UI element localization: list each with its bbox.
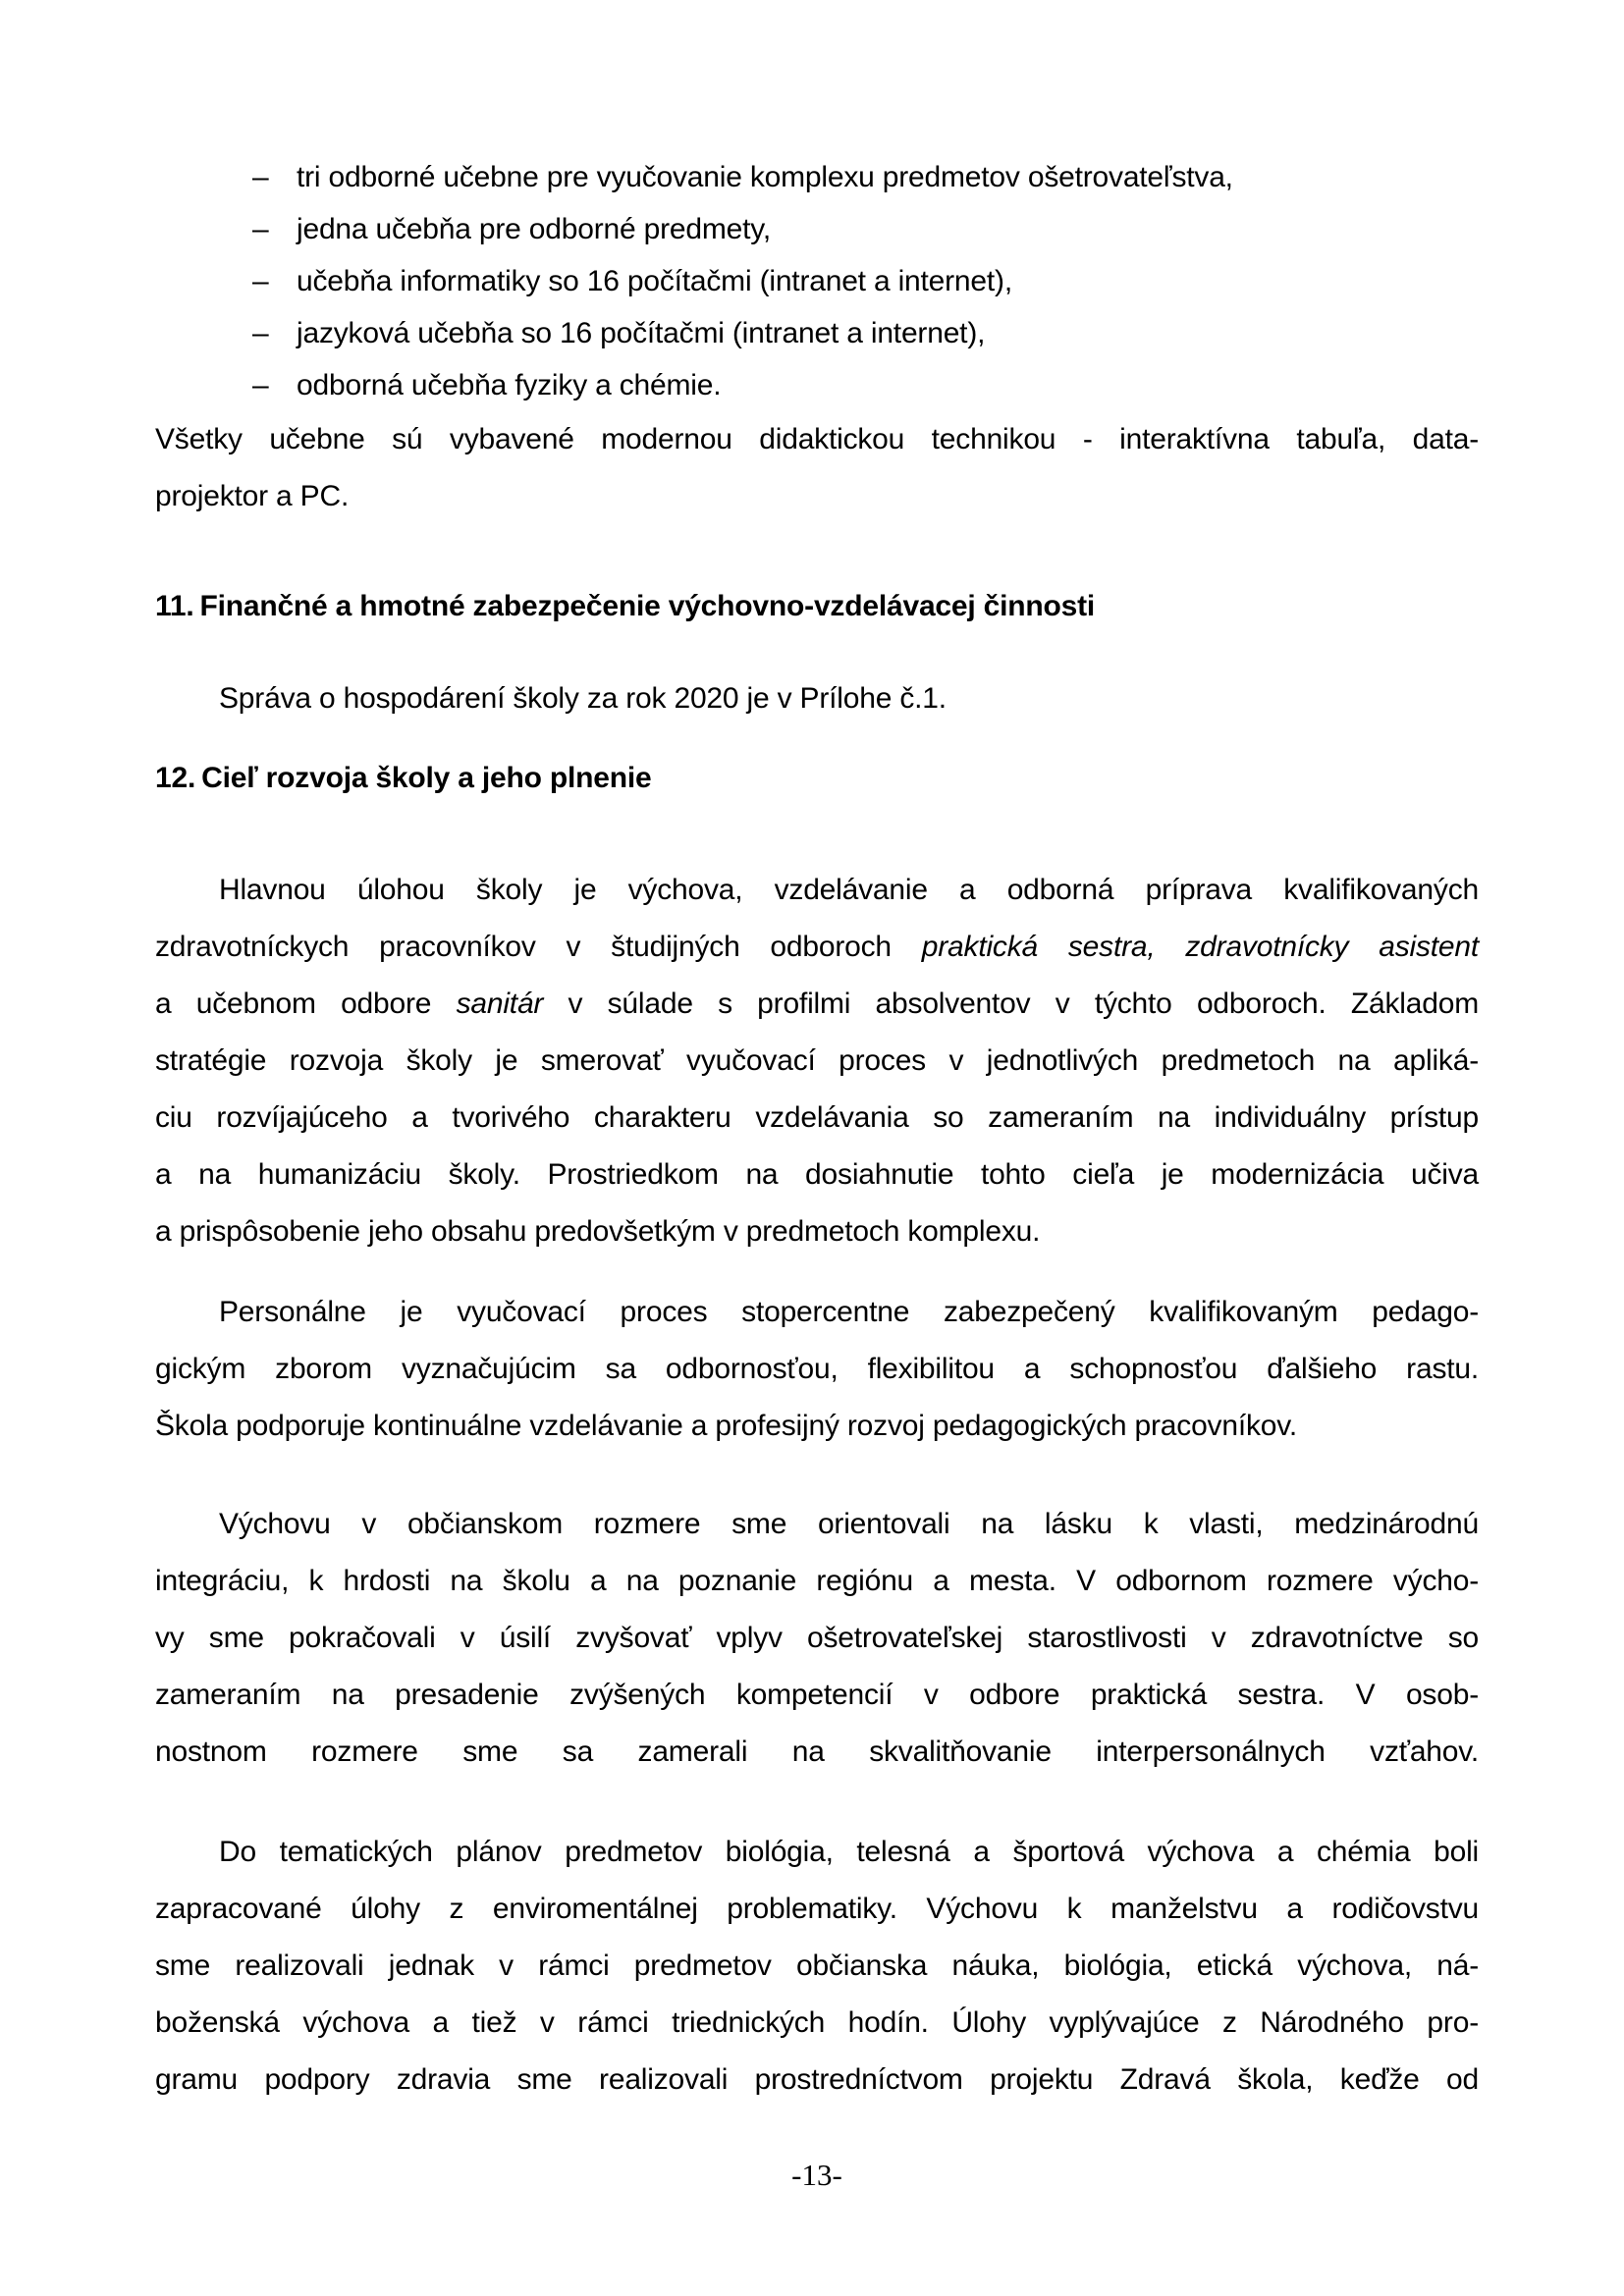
italic-text-run: praktická sestra, bbox=[922, 931, 1156, 963]
bullet-text: jazyková učebňa so 16 počítačmi (intrane… bbox=[297, 317, 985, 349]
bullet-text: jedna učebňa pre odborné predmety, bbox=[297, 213, 771, 245]
bullet-list: –tri odborné učebne pre vyučovanie kompl… bbox=[155, 151, 1479, 411]
paragraph: Správa o hospodárení školy za rok 2020 j… bbox=[155, 670, 1479, 727]
text-run: gramu podpory zdravia sme realizovali pr… bbox=[155, 2063, 1479, 2096]
bullet-item-4: –jazyková učebňa so 16 počítačmi (intran… bbox=[155, 307, 1479, 359]
text-line: a prispôsobenie jeho obsahu predovšetkým… bbox=[155, 1203, 1479, 1260]
text-run: Všetky učebne sú vybavené modernou didak… bbox=[155, 423, 1479, 455]
page-footer: -13- bbox=[155, 2158, 1479, 2193]
text-line: zapracované úlohy z enviromentálnej prob… bbox=[155, 1881, 1479, 1938]
text-line: vy sme pokračovali v úsilí zvyšovať vply… bbox=[155, 1610, 1479, 1667]
text-line: stratégie rozvoja školy je smerovať vyuč… bbox=[155, 1033, 1479, 1090]
dash-bullet-icon: – bbox=[252, 203, 269, 255]
bullet-item-1: –tri odborné učebne pre vyučovanie kompl… bbox=[155, 151, 1479, 203]
text-run: a učebnom odbore bbox=[155, 988, 457, 1020]
paragraph: Výchovu v občianskom rozmere sme oriento… bbox=[155, 1496, 1479, 1781]
paragraph: Hlavnou úlohou školy je výchova, vzdeláv… bbox=[155, 862, 1479, 1260]
text-run: integráciu, k hrdosti na školu a na pozn… bbox=[155, 1565, 1479, 1597]
text-run: Personálne je vyučovací proces stopercen… bbox=[219, 1296, 1479, 1328]
heading-number: 12. bbox=[155, 762, 195, 794]
text-line: Škola podporuje kontinuálne vzdelávanie … bbox=[155, 1398, 1479, 1455]
text-run: zameraním na presadenie zvýšených kompet… bbox=[155, 1679, 1479, 1711]
bullet-text: učebňa informatiky so 16 počítačmi (intr… bbox=[297, 265, 1012, 297]
text-run: a prispôsobenie jeho obsahu predovšetkým… bbox=[155, 1215, 1040, 1248]
text-run: Hlavnou úlohou školy je výchova, vzdeláv… bbox=[219, 874, 1479, 906]
text-line: zameraním na presadenie zvýšených kompet… bbox=[155, 1667, 1479, 1724]
text-line: Hlavnou úlohou školy je výchova, vzdeláv… bbox=[155, 862, 1479, 919]
text-run: stratégie rozvoja školy je smerovať vyuč… bbox=[155, 1044, 1479, 1077]
text-run: Do tematických plánov predmetov biológia… bbox=[219, 1836, 1479, 1868]
text-line: gramu podpory zdravia sme realizovali pr… bbox=[155, 2052, 1479, 2109]
text-run: zdravotníckych pracovníkov v študijných … bbox=[155, 931, 922, 963]
italic-text-run: zdravotnícky asistent bbox=[1185, 931, 1479, 963]
text-line: projektor a PC. bbox=[155, 468, 1479, 525]
page-number: -13- bbox=[791, 2158, 842, 2192]
text-run bbox=[1156, 931, 1186, 963]
text-run: Škola podporuje kontinuálne vzdelávanie … bbox=[155, 1410, 1297, 1442]
text-run: nostnom rozmere sme sa zamerali na skval… bbox=[155, 1735, 1479, 1768]
heading-text: Cieľ rozvoja školy a jeho plnenie bbox=[201, 762, 651, 794]
text-line: a učebnom odbore sanitár v súlade s prof… bbox=[155, 976, 1479, 1033]
text-line: Všetky učebne sú vybavené modernou didak… bbox=[155, 411, 1479, 468]
text-run: v súlade s profilmi absolventov v týchto… bbox=[543, 988, 1479, 1020]
dash-bullet-icon: – bbox=[252, 307, 269, 359]
document-content: –tri odborné učebne pre vyučovanie kompl… bbox=[155, 151, 1479, 2109]
text-line: Personálne je vyučovací proces stopercen… bbox=[155, 1284, 1479, 1341]
text-run: Správa o hospodárení školy za rok 2020 j… bbox=[219, 682, 947, 715]
italic-text-run: sanitár bbox=[457, 988, 544, 1020]
bullet-item-2: –jedna učebňa pre odborné predmety, bbox=[155, 203, 1479, 255]
paragraph: Všetky učebne sú vybavené modernou didak… bbox=[155, 411, 1479, 525]
section-heading-12: 12.Cieľ rozvoja školy a jeho plnenie bbox=[155, 750, 1479, 807]
text-line: integráciu, k hrdosti na školu a na pozn… bbox=[155, 1553, 1479, 1610]
text-line: Výchovu v občianskom rozmere sme oriento… bbox=[155, 1496, 1479, 1553]
paragraph: Do tematických plánov predmetov biológia… bbox=[155, 1824, 1479, 2109]
heading-number: 11. bbox=[155, 590, 193, 622]
dash-bullet-icon: – bbox=[252, 359, 269, 411]
text-run: vy sme pokračovali v úsilí zvyšovať vply… bbox=[155, 1622, 1479, 1654]
text-line: boženská výchova a tiež v rámci triednic… bbox=[155, 1995, 1479, 2052]
section-heading-11: 11.Finančné a hmotné zabezpečenie výchov… bbox=[155, 578, 1479, 635]
text-line: nostnom rozmere sme sa zamerali na skval… bbox=[155, 1724, 1479, 1781]
paragraph: Personálne je vyučovací proces stopercen… bbox=[155, 1284, 1479, 1455]
text-line: gickým zborom vyznačujúcim sa odbornosťo… bbox=[155, 1341, 1479, 1398]
text-line: Správa o hospodárení školy za rok 2020 j… bbox=[155, 670, 1479, 727]
document-page: –tri odborné učebne pre vyučovanie kompl… bbox=[0, 0, 1624, 2296]
bullet-text: odborná učebňa fyziky a chémie. bbox=[297, 369, 721, 401]
bullet-text: tri odborné učebne pre vyučovanie komple… bbox=[297, 161, 1233, 193]
text-run: a na humanizáciu školy. Prostriedkom na … bbox=[155, 1158, 1479, 1191]
dash-bullet-icon: – bbox=[252, 255, 269, 307]
text-line: sme realizovali jednak v rámci predmetov… bbox=[155, 1938, 1479, 1995]
text-run: sme realizovali jednak v rámci predmetov… bbox=[155, 1949, 1479, 1982]
text-run: Výchovu v občianskom rozmere sme oriento… bbox=[219, 1508, 1479, 1540]
text-line: a na humanizáciu školy. Prostriedkom na … bbox=[155, 1147, 1479, 1203]
text-run: ciu rozvíjajúceho a tvorivého charakteru… bbox=[155, 1101, 1479, 1134]
heading-text: Finančné a hmotné zabezpečenie výchovno-… bbox=[199, 590, 1095, 622]
text-line: Do tematických plánov predmetov biológia… bbox=[155, 1824, 1479, 1881]
bullet-item-3: –učebňa informatiky so 16 počítačmi (int… bbox=[155, 255, 1479, 307]
text-run: projektor a PC. bbox=[155, 480, 349, 512]
text-line: ciu rozvíjajúceho a tvorivého charakteru… bbox=[155, 1090, 1479, 1147]
text-line: zdravotníckych pracovníkov v študijných … bbox=[155, 919, 1479, 976]
text-run: zapracované úlohy z enviromentálnej prob… bbox=[155, 1893, 1479, 1925]
text-run: gickým zborom vyznačujúcim sa odbornosťo… bbox=[155, 1353, 1479, 1385]
dash-bullet-icon: – bbox=[252, 151, 269, 203]
bullet-item-5: –odborná učebňa fyziky a chémie. bbox=[155, 359, 1479, 411]
text-run: boženská výchova a tiež v rámci triednic… bbox=[155, 2006, 1479, 2039]
